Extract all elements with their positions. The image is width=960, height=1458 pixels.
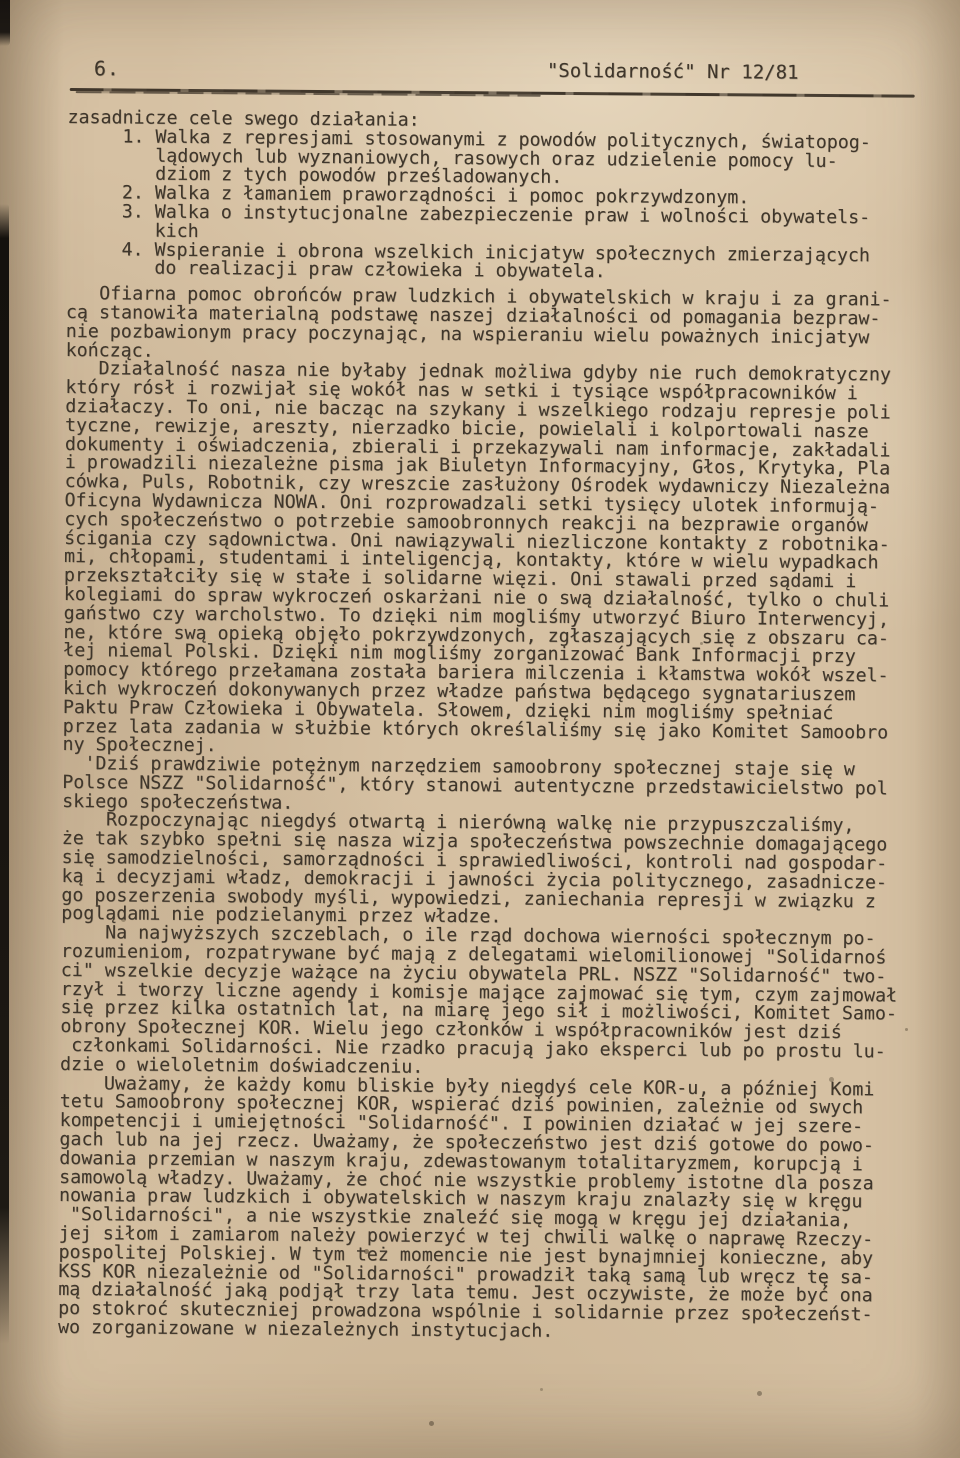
issue-title: "Solidarność" Nr 12/81 <box>547 60 799 84</box>
goals-list-text: zasadnicze cele swego działania: 1. Walk… <box>66 109 919 285</box>
page-content: 6. "Solidarność" Nr 12/81 zasadnicze cel… <box>58 54 920 1344</box>
scan-edge-artifact-top <box>0 0 10 46</box>
scanned-document-page: { "document": { "page_number": "6.", "he… <box>0 0 960 1458</box>
body-paragraphs-text: Ofiarna pomoc obrońców praw ludzkich i o… <box>58 285 918 1344</box>
page-number: 6. <box>94 56 120 80</box>
scan-edge-artifact-left <box>0 204 9 1344</box>
paper-specks <box>0 0 3 3</box>
